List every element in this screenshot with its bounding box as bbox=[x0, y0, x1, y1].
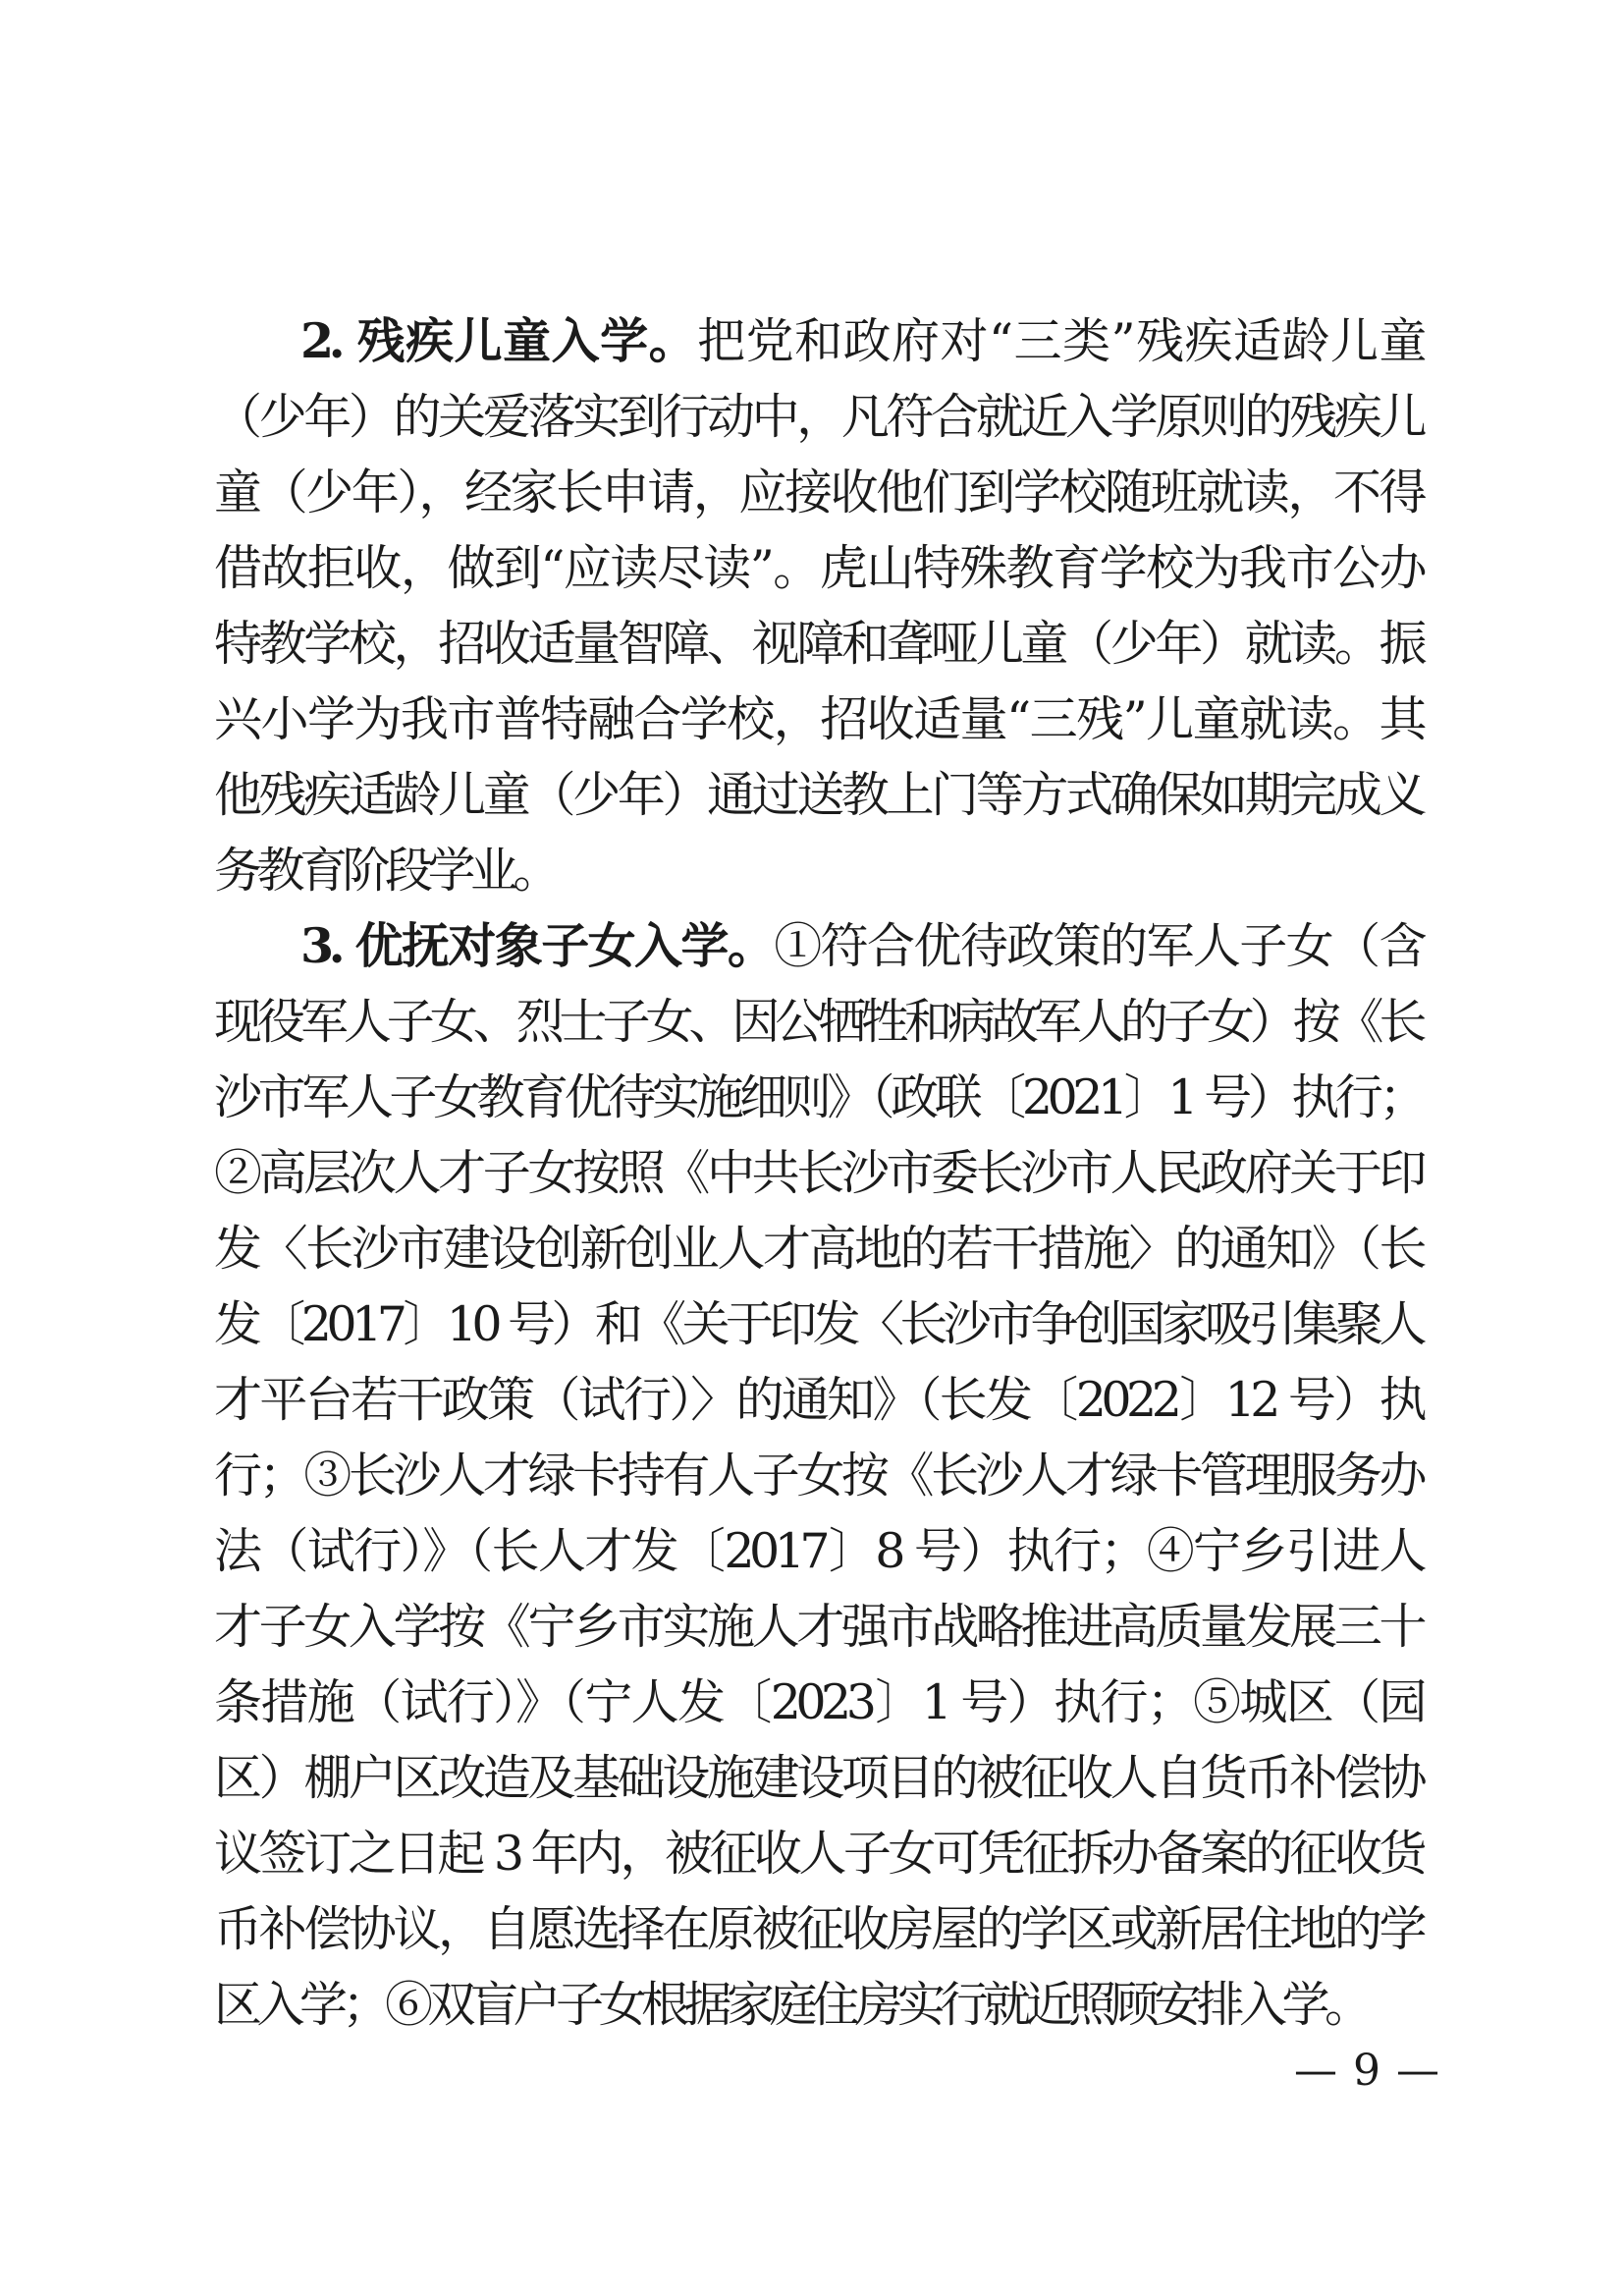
text-line: 条措施（试行）》（宁人发〔2023〕1 号）执行；⑤城区（园 bbox=[214, 1665, 1422, 1740]
text-line: （少年）的关爱落实到行动中，凡符合就近入学原则的残疾儿 bbox=[214, 379, 1422, 455]
section-heading-3: 3. 优抚对象子女入学。 bbox=[300, 917, 774, 974]
text-line: 现役军人子女、烈士子女、因公牺牲和病故军人的子女）按《长 bbox=[214, 984, 1422, 1060]
document-page: 2. 残疾儿童入学。把党和政府对“三类”残疾适龄儿童 （少年）的关爱落实到行动中… bbox=[0, 0, 1623, 2296]
line-text: 把党和政府对“三类”残疾适龄儿童 bbox=[697, 313, 1422, 369]
text-line: 童（少年），经家长申请，应接收他们到学校随班就读，不得 bbox=[214, 455, 1422, 530]
text-line: 他残疾适龄儿童（少年）通过送教上门等方式确保如期完成义 bbox=[214, 757, 1422, 833]
text-line: 区入学；⑥双盲户子女根据家庭住房实行就近照顾安排入学。 bbox=[214, 1967, 1422, 2043]
text-line: 兴小学为我市普特融合学校，招收适量“三残”儿童就读。其 bbox=[214, 682, 1422, 757]
text-line: 发〈长沙市建设创新创业人才高地的若干措施〉的通知》（长 bbox=[214, 1211, 1422, 1286]
text-line: 发〔2017〕10 号）和《关于印发〈长沙市争创国家吸引集聚人 bbox=[214, 1286, 1422, 1362]
text-line: ②高层次人才子女按照《中共长沙市委长沙市人民政府关于印 bbox=[214, 1135, 1422, 1211]
body-text: 2. 残疾儿童入学。把党和政府对“三类”残疾适龄儿童 （少年）的关爱落实到行动中… bbox=[214, 303, 1422, 2043]
text-line: 才子女入学按《宁乡市实施人才强市战略推进高质量发展三十 bbox=[214, 1589, 1422, 1665]
text-line: 务教育阶段学业。 bbox=[214, 833, 1422, 908]
text-line: 议签订之日起 3 年内，被征收人子女可凭征拆办备案的征收货 bbox=[214, 1816, 1422, 1891]
text-line: 法（试行）》（长人才发〔2017〕8 号）执行；④宁乡引进人 bbox=[214, 1513, 1422, 1589]
line-text: ①符合优待政策的军人子女（含 bbox=[774, 918, 1422, 974]
text-line: 沙市军人子女教育优待实施细则》（政联〔2021〕1 号）执行； bbox=[214, 1060, 1422, 1135]
text-line: 借故拒收，做到“应读尽读”。虎山特殊教育学校为我市公办 bbox=[214, 530, 1422, 606]
text-line: 币补偿协议，自愿选择在原被征收房屋的学区或新居住地的学 bbox=[214, 1891, 1422, 1967]
text-line: 行；③长沙人才绿卡持有人子女按《长沙人才绿卡管理服务办 bbox=[214, 1438, 1422, 1513]
text-line: 区）棚户区改造及基础设施建设项目的被征收人自货币补偿协 bbox=[214, 1740, 1422, 1816]
page-number: — 9 — bbox=[1294, 2046, 1440, 2097]
text-line: 3. 优抚对象子女入学。①符合优待政策的军人子女（含 bbox=[214, 908, 1422, 984]
section-heading-2: 2. 残疾儿童入学。 bbox=[300, 312, 697, 369]
text-line: 2. 残疾儿童入学。把党和政府对“三类”残疾适龄儿童 bbox=[214, 303, 1422, 379]
text-line: 特教学校，招收适量智障、视障和聋哑儿童（少年）就读。振 bbox=[214, 606, 1422, 682]
text-line: 才平台若干政策（试行）〉的通知》（长发〔2022〕12 号）执 bbox=[214, 1362, 1422, 1438]
